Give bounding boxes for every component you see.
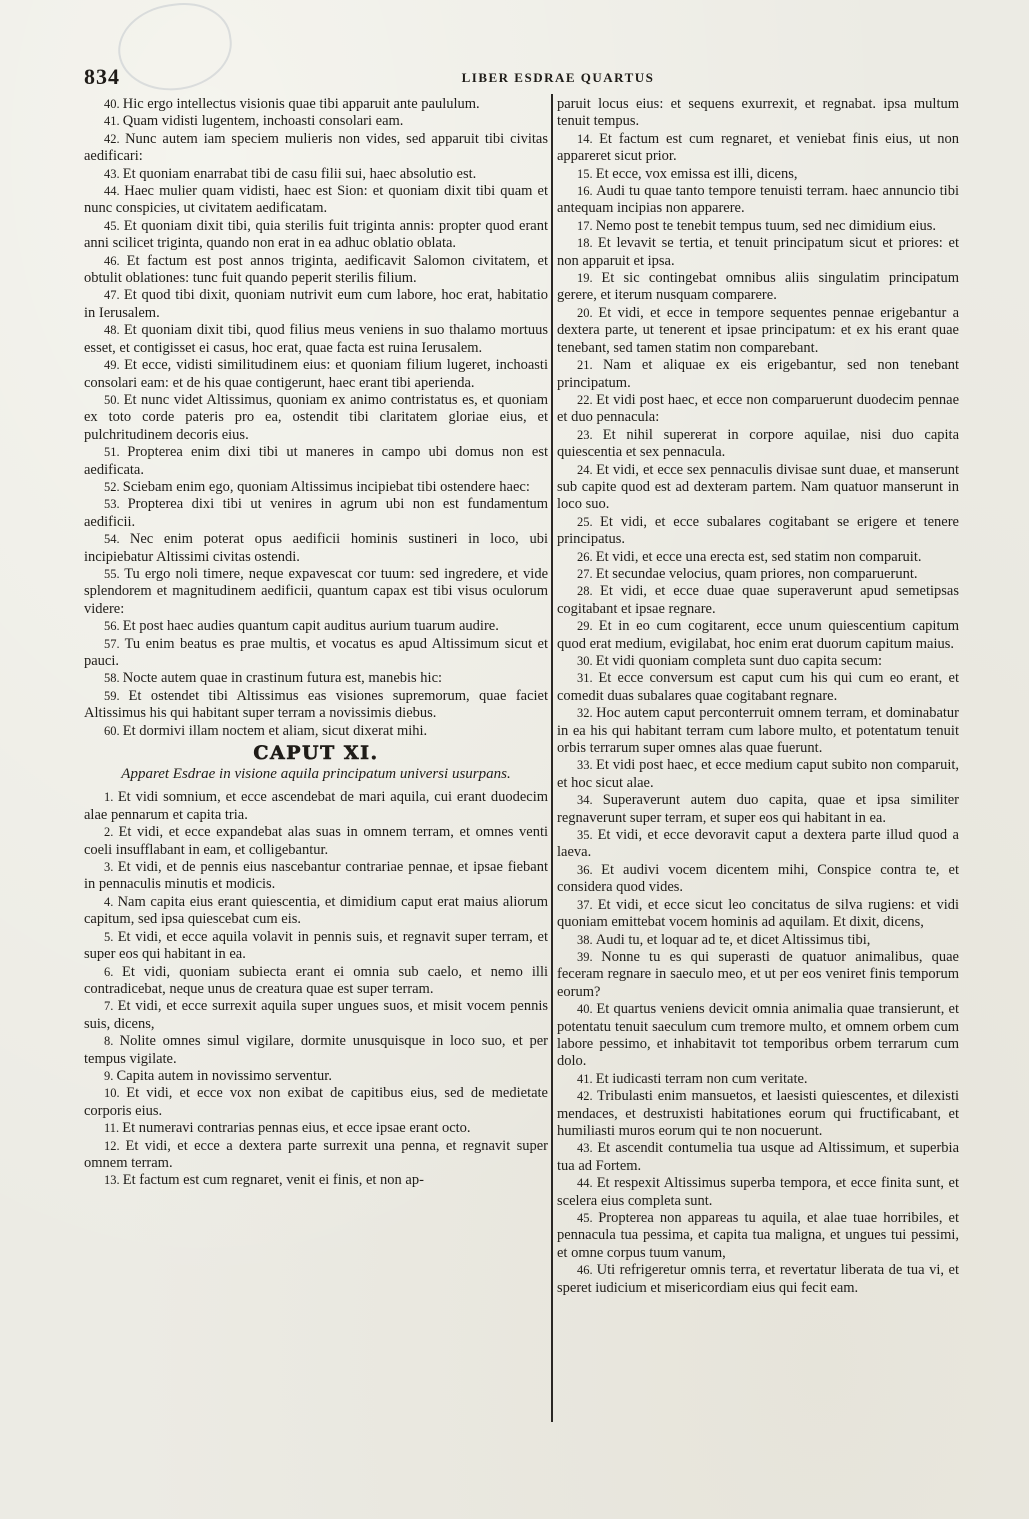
- verse-text: Et vidi, et ecce expandebat alas suas in…: [84, 824, 548, 857]
- verse-text: Et vidi post haec, et ecce non comparuer…: [557, 392, 959, 425]
- verse-text: Et vidi, et ecce subalares cogitabant se…: [557, 514, 959, 547]
- verse-text: Et vidi, et ecce a dextera parte surrexi…: [84, 1138, 548, 1171]
- verse: 45. Propterea non appareas tu aquila, et…: [557, 1210, 959, 1262]
- verse-text: Et quoniam dixit tibi, quod filius meus …: [84, 322, 548, 355]
- verse: 23. Et nihil supererat in corpore aquila…: [557, 427, 959, 462]
- verse-text: Et post haec audies quantum capit auditu…: [123, 618, 499, 634]
- verse-text: Et ecce, vidisti similitudinem eius: et …: [84, 357, 548, 390]
- verse-text: Et vidi quoniam completa sunt duo capita…: [596, 653, 882, 669]
- verse: 41. Quam vidisti lugentem, inchoasti con…: [84, 113, 548, 130]
- verse-number: 35.: [577, 828, 598, 842]
- verse-number: 53.: [104, 497, 128, 511]
- verse: 42. Nunc autem iam speciem mulieris non …: [84, 131, 548, 166]
- verse-text: Et in eo cum cogitarent, ecce unum quies…: [557, 618, 959, 651]
- left-column: 40. Hic ergo intellectus visionis quae t…: [84, 96, 548, 1190]
- verse: 35. Et vidi, et ecce devoravit caput a d…: [557, 827, 959, 862]
- verse-text: Et factum est cum regnaret, et veniebat …: [557, 131, 959, 164]
- verse: 58. Nocte autem quae in crastinum futura…: [84, 670, 548, 687]
- chapter-title: CAPUT XI.: [84, 745, 548, 762]
- verse: 49. Et ecce, vidisti similitudinem eius:…: [84, 357, 548, 392]
- verse: 40. Hic ergo intellectus visionis quae t…: [84, 96, 548, 113]
- verse: 44. Haec mulier quam vidisti, haec est S…: [84, 183, 548, 218]
- verse-number: 23.: [577, 428, 603, 442]
- verse-text: Superaverunt autem duo capita, quae et i…: [557, 792, 959, 825]
- verse-text: Quam vidisti lugentem, inchoasti consola…: [123, 113, 404, 129]
- verse: 10. Et vidi, et ecce vox non exibat de c…: [84, 1085, 548, 1120]
- verse-number: 52.: [104, 480, 123, 494]
- verse-text: Et secundae velocius, quam priores, non …: [596, 566, 918, 582]
- verse-number: 16.: [577, 184, 596, 198]
- verse: 21. Nam et aliquae ex eis erigebantur, s…: [557, 357, 959, 392]
- verse: 3. Et vidi, et de pennis eius nascebantu…: [84, 859, 548, 894]
- verse: 7. Et vidi, et ecce surrexit aquila supe…: [84, 998, 548, 1033]
- verse-number: 43.: [577, 1141, 597, 1155]
- verse-text: Tu enim beatus es prae multis, et vocatu…: [84, 636, 548, 669]
- verse: 1. Et vidi somnium, et ecce ascendebat d…: [84, 789, 548, 824]
- verse-text: Tribulasti enim mansuetos, et laesisti q…: [557, 1088, 959, 1139]
- verse: 2. Et vidi, et ecce expandebat alas suas…: [84, 824, 548, 859]
- verse: 37. Et vidi, et ecce sicut leo concitatu…: [557, 897, 959, 932]
- verse: 41. Et iudicasti terram non cum veritate…: [557, 1071, 959, 1088]
- verse-number: 46.: [104, 254, 127, 268]
- verse-number: 42.: [577, 1089, 597, 1103]
- verse-number: 46.: [577, 1263, 597, 1277]
- verse: 34. Superaverunt autem duo capita, quae …: [557, 792, 959, 827]
- verse-number: 17.: [577, 219, 596, 233]
- verse: 16. Audi tu quae tanto tempore tenuisti …: [557, 183, 959, 218]
- verse-text: Capita autem in novissimo serventur.: [117, 1068, 332, 1084]
- verse-number: 33.: [577, 758, 596, 772]
- verse-number: 12.: [104, 1139, 125, 1153]
- verse-number: 1.: [104, 790, 118, 804]
- verse-text: Et ecce, vox emissa est illi, dicens,: [596, 166, 798, 182]
- chapter-summary: Apparet Esdrae in visione aquila princip…: [84, 765, 548, 783]
- verse: 55. Tu ergo noli timere, neque expavesca…: [84, 566, 548, 618]
- verse-text: Et ostendet tibi Altissimus eas visiones…: [84, 688, 548, 721]
- verse: 26. Et vidi, et ecce una erecta est, sed…: [557, 549, 959, 566]
- verse: 13. Et factum est cum regnaret, venit ei…: [84, 1172, 548, 1189]
- verse: 36. Et audivi vocem dicentem mihi, Consp…: [557, 862, 959, 897]
- verse: 29. Et in eo cum cogitarent, ecce unum q…: [557, 618, 959, 653]
- verse-number: 49.: [104, 358, 124, 372]
- verse-text: Hoc autem caput perconterruit omnem terr…: [557, 705, 959, 756]
- verse: 27. Et secundae velocius, quam priores, …: [557, 566, 959, 583]
- verse-number: 40.: [577, 1002, 596, 1016]
- verse-number: 13.: [104, 1173, 123, 1187]
- verse-text: Et respexit Altissimus superba tempora, …: [557, 1175, 959, 1208]
- verse-number: 9.: [104, 1069, 117, 1083]
- verse: 43. Et quoniam enarrabat tibi de casu fi…: [84, 166, 548, 183]
- verse-number: 4.: [104, 895, 118, 909]
- verse-text: Et levavit se tertia, et tenuit principa…: [557, 235, 959, 268]
- verse: 18. Et levavit se tertia, et tenuit prin…: [557, 235, 959, 270]
- verse-text: Et vidi, et ecce vox non exibat de capit…: [84, 1085, 548, 1118]
- verse-number: 47.: [104, 288, 124, 302]
- running-head: 834 LIBER ESDRAE QUARTUS: [84, 64, 966, 88]
- verse-number: 51.: [104, 445, 127, 459]
- verse-text: Et nihil supererat in corpore aquilae, n…: [557, 427, 959, 460]
- verse: 19. Et sic contingebat omnibus aliis sin…: [557, 270, 959, 305]
- verse: 12. Et vidi, et ecce a dextera parte sur…: [84, 1138, 548, 1173]
- verse-text: Nam capita eius erant quiescentia, et di…: [84, 894, 548, 927]
- verse-text: Et vidi, et ecce aquila volavit in penni…: [84, 929, 548, 962]
- verse-number: 26.: [577, 550, 596, 564]
- verse: 50. Et nunc videt Altissimus, quoniam ex…: [84, 392, 548, 444]
- verse-text: Et vidi, et ecce una erecta est, sed sta…: [596, 549, 922, 565]
- verse: 24. Et vidi, et ecce sex pennaculis divi…: [557, 462, 959, 514]
- verse-number: 10.: [104, 1086, 126, 1100]
- verse-number: 37.: [577, 898, 598, 912]
- verse-number: 15.: [577, 167, 596, 181]
- verse-number: 38.: [577, 933, 596, 947]
- verse-text: Et vidi, et ecce sicut leo concitatus de…: [557, 897, 959, 930]
- verses-chapter-10: 40. Hic ergo intellectus visionis quae t…: [84, 96, 548, 740]
- verse: 44. Et respexit Altissimus superba tempo…: [557, 1175, 959, 1210]
- verse-number: 34.: [577, 793, 603, 807]
- verse-text: Haec mulier quam vidisti, haec est Sion:…: [84, 183, 548, 216]
- verse-text: Et vidi, et ecce duae quae superaverunt …: [557, 583, 959, 616]
- verse-text: Et factum est post annos triginta, aedif…: [84, 253, 548, 286]
- verse-number: 59.: [104, 689, 129, 703]
- verses-chapter-11-cont: 14. Et factum est cum regnaret, et venie…: [557, 131, 959, 1297]
- verse: 45. Et quoniam dixit tibi, quia sterilis…: [84, 218, 548, 253]
- verse-text: Audi tu, et loquar ad te, et dicet Altis…: [596, 932, 871, 948]
- verse-text: Et vidi, et ecce devoravit caput a dexte…: [557, 827, 959, 860]
- verse-number: 24.: [577, 463, 596, 477]
- verses-chapter-11: 1. Et vidi somnium, et ecce ascendebat d…: [84, 789, 548, 1189]
- verse-text: Et vidi, et ecce surrexit aquila super u…: [84, 998, 548, 1031]
- verse-text: Et quod tibi dixit, quoniam nutrivit eum…: [84, 287, 548, 320]
- verse: 39. Nonne tu es qui superasti de quatuor…: [557, 949, 959, 1001]
- verse-number: 8.: [104, 1034, 120, 1048]
- verse: 22. Et vidi post haec, et ecce non compa…: [557, 392, 959, 427]
- verse-text: Et nunc videt Altissimus, quoniam ex ani…: [84, 392, 548, 443]
- verse-number: 41.: [104, 114, 123, 128]
- verse: 53. Propterea dixi tibi ut venires in ag…: [84, 496, 548, 531]
- verse-number: 57.: [104, 637, 125, 651]
- verse: 8. Nolite omnes simul vigilare, dormite …: [84, 1033, 548, 1068]
- verse: 54. Nec enim poterat opus aedificii homi…: [84, 531, 548, 566]
- verse: 6. Et vidi, quoniam subiecta erant ei om…: [84, 964, 548, 999]
- verse: 28. Et vidi, et ecce duae quae superaver…: [557, 583, 959, 618]
- verse-text: Et vidi post haec, et ecce medium caput …: [557, 757, 959, 790]
- verse: 46. Et factum est post annos triginta, a…: [84, 253, 548, 288]
- verse: 32. Hoc autem caput perconterruit omnem …: [557, 705, 959, 757]
- verse-number: 58.: [104, 671, 123, 685]
- verse: 33. Et vidi post haec, et ecce medium ca…: [557, 757, 959, 792]
- verse-number: 32.: [577, 706, 596, 720]
- verse-number: 45.: [104, 219, 124, 233]
- verse-text: Audi tu quae tanto tempore tenuisti terr…: [557, 183, 959, 216]
- verse-text: Et sic contingebat omnibus aliis singula…: [557, 270, 959, 303]
- verse-text: Nec enim poterat opus aedificii hominis …: [84, 531, 548, 564]
- verse: 59. Et ostendet tibi Altissimus eas visi…: [84, 688, 548, 723]
- verse-continuation: paruit locus eius: et sequens exurrexit,…: [557, 96, 959, 131]
- verse-number: 7.: [104, 999, 118, 1013]
- verse-number: 5.: [104, 930, 118, 944]
- verse: 20. Et vidi, et ecce in tempore sequente…: [557, 305, 959, 357]
- verse-number: 43.: [104, 167, 123, 181]
- verse-text: Et factum est cum regnaret, venit ei fin…: [123, 1172, 424, 1188]
- verse-number: 45.: [577, 1211, 598, 1225]
- verse-number: 27.: [577, 567, 596, 581]
- verse: 9. Capita autem in novissimo serventur.: [84, 1068, 548, 1085]
- verse-text: Nonne tu es qui superasti de quatuor ani…: [557, 949, 959, 1000]
- verse-text: Tu ergo noli timere, neque expavescat co…: [84, 566, 548, 617]
- verse-number: 36.: [577, 863, 601, 877]
- verse-number: 2.: [104, 825, 118, 839]
- verse: 60. Et dormivi illam noctem et aliam, si…: [84, 723, 548, 740]
- verse-text: Et quartus veniens devicit omnia animali…: [557, 1001, 959, 1069]
- verse-text: Propterea dixi tibi ut venires in agrum …: [84, 496, 548, 529]
- verse-text: Nolite omnes simul vigilare, dormite unu…: [84, 1033, 548, 1066]
- verse: 52. Sciebam enim ego, quoniam Altissimus…: [84, 479, 548, 496]
- verse-number: 55.: [104, 567, 124, 581]
- verse-number: 44.: [577, 1176, 597, 1190]
- right-column: paruit locus eius: et sequens exurrexit,…: [557, 96, 959, 1297]
- verse-number: 18.: [577, 236, 598, 250]
- verse: 15. Et ecce, vox emissa est illi, dicens…: [557, 166, 959, 183]
- verse-text: Et ascendit contumelia tua usque ad Alti…: [557, 1140, 959, 1173]
- verse: 25. Et vidi, et ecce subalares cogitaban…: [557, 514, 959, 549]
- verse: 38. Audi tu, et loquar ad te, et dicet A…: [557, 932, 959, 949]
- verse: 51. Propterea enim dixi tibi ut maneres …: [84, 444, 548, 479]
- verse-number: 28.: [577, 584, 600, 598]
- verse: 42. Tribulasti enim mansuetos, et laesis…: [557, 1088, 959, 1140]
- verse-text: Nocte autem quae in crastinum futura est…: [123, 670, 442, 686]
- verse-number: 50.: [104, 393, 124, 407]
- verse-text: Et dormivi illam noctem et aliam, sicut …: [123, 723, 427, 739]
- verse: 40. Et quartus veniens devicit omnia ani…: [557, 1001, 959, 1071]
- verse-text: Et audivi vocem dicentem mihi, Conspice …: [557, 862, 959, 895]
- verse: 4. Nam capita eius erant quiescentia, et…: [84, 894, 548, 929]
- verse-number: 39.: [577, 950, 601, 964]
- verse-text: Nemo post te tenebit tempus tuum, sed ne…: [596, 218, 936, 234]
- verse: 56. Et post haec audies quantum capit au…: [84, 618, 548, 635]
- verse-text: Et vidi, quoniam subiecta erant ei omnia…: [84, 964, 548, 997]
- verse-number: 25.: [577, 515, 600, 529]
- verse-number: 60.: [104, 724, 123, 738]
- verse-number: 11.: [104, 1121, 122, 1135]
- verse-number: 42.: [104, 132, 125, 146]
- verse-text: Et ecce conversum est caput cum his qui …: [557, 670, 959, 703]
- verse: 43. Et ascendit contumelia tua usque ad …: [557, 1140, 959, 1175]
- verse-number: 54.: [104, 532, 130, 546]
- verse-number: 3.: [104, 860, 118, 874]
- verse: 57. Tu enim beatus es prae multis, et vo…: [84, 636, 548, 671]
- column-divider: [551, 94, 553, 1422]
- verse-text: Propterea enim dixi tibi ut maneres in c…: [84, 444, 548, 477]
- verse-text: Et iudicasti terram non cum veritate.: [596, 1071, 808, 1087]
- verse-number: 29.: [577, 619, 599, 633]
- verse: 48. Et quoniam dixit tibi, quod filius m…: [84, 322, 548, 357]
- verse-text: Hic ergo intellectus visionis quae tibi …: [123, 96, 480, 112]
- verse-number: 21.: [577, 358, 603, 372]
- verse: 46. Uti refrigeretur omnis terra, et rev…: [557, 1262, 959, 1297]
- verse-text: Et quoniam dixit tibi, quia sterilis fui…: [84, 218, 548, 251]
- verse-number: 40.: [104, 97, 123, 111]
- verse-number: 6.: [104, 965, 122, 979]
- verse: 47. Et quod tibi dixit, quoniam nutrivit…: [84, 287, 548, 322]
- verse: 31. Et ecce conversum est caput cum his …: [557, 670, 959, 705]
- verse: 14. Et factum est cum regnaret, et venie…: [557, 131, 959, 166]
- verse: 11. Et numeravi contrarias pennas eius, …: [84, 1120, 548, 1137]
- verse-text: Et numeravi contrarias pennas eius, et e…: [122, 1120, 470, 1136]
- verse-text: Nam et aliquae ex eis erigebantur, sed n…: [557, 357, 959, 390]
- verse-number: 31.: [577, 671, 598, 685]
- verse-text: Et vidi somnium, et ecce ascendebat de m…: [84, 789, 548, 822]
- verse-text: Nunc autem iam speciem mulieris non vide…: [84, 131, 548, 164]
- verse-text: Et vidi, et ecce in tempore sequentes pe…: [557, 305, 959, 356]
- verse-text: Et vidi, et de pennis eius nascebantur c…: [84, 859, 548, 892]
- verse: 17. Nemo post te tenebit tempus tuum, se…: [557, 218, 959, 235]
- verse-number: 48.: [104, 323, 124, 337]
- verse-number: 30.: [577, 654, 596, 668]
- verse-number: 14.: [577, 132, 599, 146]
- verse-number: 41.: [577, 1072, 596, 1086]
- verse: 30. Et vidi quoniam completa sunt duo ca…: [557, 653, 959, 670]
- verse-number: 19.: [577, 271, 601, 285]
- verse-number: 22.: [577, 393, 596, 407]
- verse-text: Et vidi, et ecce sex pennaculis divisae …: [557, 462, 959, 513]
- verse-text: Et quoniam enarrabat tibi de casu filii …: [123, 166, 477, 182]
- verse-number: 44.: [104, 184, 124, 198]
- verse: 5. Et vidi, et ecce aquila volavit in pe…: [84, 929, 548, 964]
- verse-text: Sciebam enim ego, quoniam Altissimus inc…: [123, 479, 530, 495]
- verse-text: Propterea non appareas tu aquila, et ala…: [557, 1210, 959, 1261]
- verse-number: 20.: [577, 306, 598, 320]
- verse-text: Uti refrigeretur omnis terra, et reverta…: [557, 1262, 959, 1295]
- running-title: LIBER ESDRAE QUARTUS: [84, 70, 966, 86]
- verse-number: 56.: [104, 619, 123, 633]
